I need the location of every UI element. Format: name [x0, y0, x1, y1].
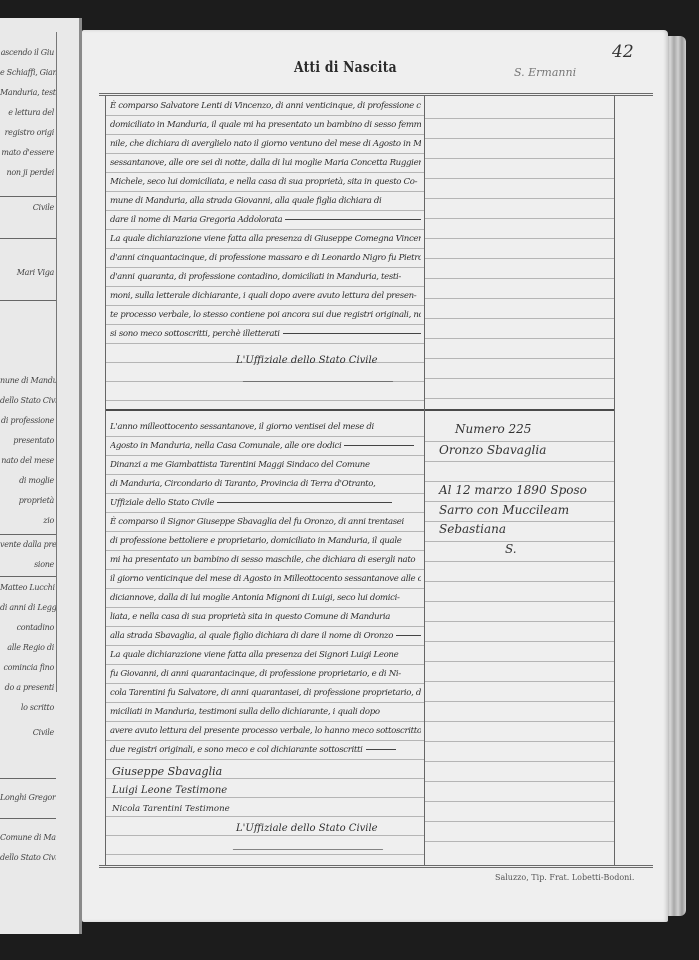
- previous-page-line: di moglie: [0, 476, 56, 490]
- previous-page-rule: [0, 238, 56, 239]
- ruled-line: [425, 258, 614, 259]
- ruled-line: [425, 641, 614, 642]
- act-text-line: sessantanove, alle ore sei di notte, dal…: [110, 154, 421, 173]
- declaration-line: La quale dichiarazione viene fatta alla …: [110, 646, 421, 665]
- ruled-line: [425, 721, 614, 722]
- declaration-line: d'anni cinquantacinque, di professione m…: [110, 249, 421, 268]
- page-header: Atti di Nascita S. Ermanni 42: [82, 30, 668, 85]
- previous-page-rule: [0, 778, 56, 779]
- act-text-line: L'anno milleottocento sessantanove, il g…: [110, 418, 421, 437]
- ruled-line: [425, 541, 614, 542]
- previous-page-rule: [0, 534, 56, 535]
- previous-page-line: Comune di Man: [0, 833, 56, 847]
- act-text-line: dare il nome di Maria Gregoria Addolorat…: [110, 211, 421, 230]
- act-text-line: mune di Manduria, alla strada Giovanni, …: [110, 192, 421, 211]
- previous-page-line: registro origi: [0, 128, 56, 142]
- ruled-line: [425, 218, 614, 219]
- previous-page-line: ascendo il Giu: [0, 48, 56, 62]
- declaration-line: fu Giovanni, di anni quarantacinque, di …: [110, 665, 421, 684]
- act-text-line: È comparso Salvatore Lenti di Vincenzo, …: [110, 97, 421, 116]
- act-text-line: Agosto in Manduria, nella Casa Comunale,…: [110, 437, 421, 456]
- act-number: Numero 225: [455, 418, 531, 440]
- officer-signature: [243, 368, 400, 382]
- ruled-line: [425, 621, 614, 622]
- previous-page-line: Civile: [0, 203, 56, 217]
- annotation-initial: S.: [505, 538, 517, 560]
- ruled-line: [425, 238, 614, 239]
- act-text-line: diciannove, dalla di lui moglie Antonia …: [110, 589, 421, 608]
- ruled-line: [425, 561, 614, 562]
- previous-page-line: nato del mese: [0, 456, 56, 470]
- declaration-line: La quale dichiarazione viene fatta alla …: [110, 230, 421, 249]
- register-table: È comparso Salvatore Lenti di Vincenzo, …: [99, 93, 653, 868]
- declaration-line: avere avuto lettura del presente process…: [110, 722, 421, 741]
- ruled-line: [425, 841, 614, 842]
- marriage-annotation: Sebastiana: [439, 518, 506, 540]
- previous-page-line: Matteo Lucchi: [0, 583, 56, 597]
- previous-page-rule: [0, 300, 56, 301]
- act-text-line: È comparso il Signor Giuseppe Sbavaglia …: [110, 513, 421, 532]
- previous-page-line: presentato: [0, 436, 56, 450]
- printer-imprint: Saluzzo, Tip. Frat. Lobetti-Bodoni.: [495, 873, 634, 882]
- previous-page-line: sione: [0, 560, 56, 574]
- ruled-line: [425, 198, 614, 199]
- ruled-line: [106, 854, 424, 855]
- previous-page-line: do a presenti: [0, 683, 56, 697]
- act-text-line: domiciliato in Manduria, il quale mi ha …: [110, 116, 421, 135]
- ruled-line: [425, 338, 614, 339]
- officer-signature: [233, 836, 390, 850]
- ruled-line: [425, 581, 614, 582]
- ruled-line: [425, 358, 614, 359]
- signature-witness: Nicola Tarentini Testimone: [112, 800, 230, 819]
- previous-page-line: contadino: [0, 623, 56, 637]
- previous-page: ascendo il Giu e Schiaffi, Gian Manduria…: [0, 18, 82, 934]
- entry-divider: [106, 409, 424, 411]
- register-page: Atti di Nascita S. Ermanni 42: [82, 30, 668, 922]
- declaration-line: d'anni quaranta, di professione contadin…: [110, 268, 421, 287]
- ruled-line: [425, 158, 614, 159]
- act-text-line: Uffiziale dello Stato Civile: [110, 494, 421, 513]
- previous-page-line: dello Stato Civile: [0, 396, 56, 410]
- signature-witness: Luigi Leone Testimone: [112, 781, 227, 800]
- child-name-line: dare il nome di Maria Gregoria Addolorat…: [110, 215, 282, 225]
- declaration-line: si sono meco sottoscritti, perchè illett…: [110, 325, 421, 344]
- previous-page-rule: [0, 818, 56, 819]
- previous-page-line: non ji perdei: [0, 168, 56, 182]
- act-text-line: nile, che dichiara di averglielo nato il…: [110, 135, 421, 154]
- ruled-line: [106, 400, 424, 401]
- page-number: 42: [612, 42, 634, 62]
- ruled-line: [425, 178, 614, 179]
- previous-page-line: di anni di Leggo: [0, 603, 56, 617]
- declaration-line: due registri originali, e sono meco e co…: [110, 741, 421, 760]
- declaration-line: moni, sulla letterale dichiarante, i qua…: [110, 287, 421, 306]
- act-text-column: È comparso Salvatore Lenti di Vincenzo, …: [105, 96, 425, 865]
- previous-page-line: Longhi Gregorio: [0, 793, 56, 807]
- ruled-line: [425, 821, 614, 822]
- previous-page-rule: [0, 576, 56, 577]
- act-text-line: il giorno venticinque del mese di Agosto…: [110, 570, 421, 589]
- ruled-line: [425, 318, 614, 319]
- marriage-annotation: Al 12 marzo 1890 Sposo: [439, 479, 587, 501]
- declaration-line: te processo verbale, lo stesso contiene …: [110, 306, 421, 325]
- ruled-line: [425, 701, 614, 702]
- previous-page-line: nune di Mandu: [0, 376, 56, 390]
- act-text-line: mi ha presentato un bambino di sesso mas…: [110, 551, 421, 570]
- act-text-line: alla strada Sbavaglia, al quale figlio d…: [110, 627, 421, 646]
- previous-page-line: di professione: [0, 416, 56, 430]
- declaration-line: cola Tarentini fu Salvatore, di anni qua…: [110, 684, 421, 703]
- ruled-line: [425, 461, 614, 462]
- previous-page-line: vente dalla pre: [0, 540, 56, 554]
- ruled-line: [425, 801, 614, 802]
- previous-page-line: proprietà: [0, 496, 56, 510]
- ruled-line: [425, 378, 614, 379]
- previous-page-rule: [0, 196, 56, 197]
- previous-page-line: mato d'essere: [0, 148, 56, 162]
- previous-page-line: Civile: [0, 728, 56, 742]
- previous-page-line: Mari Viga: [0, 268, 56, 282]
- act-text-line: liata, e nella casa di sua proprietà sit…: [110, 608, 421, 627]
- ruled-line: [425, 298, 614, 299]
- previous-page-line: e lettura del: [0, 108, 56, 122]
- ruled-line: [425, 781, 614, 782]
- ruled-line: [425, 761, 614, 762]
- archive-stamp: S. Ermanni: [514, 66, 576, 79]
- previous-page-line: e Schiaffi, Gian: [0, 68, 56, 82]
- child-name-line: alla strada Sbavaglia, al quale figlio d…: [110, 631, 393, 641]
- ruled-line: [425, 741, 614, 742]
- previous-page-line: alle Regio di: [0, 643, 56, 657]
- declaration-line: miciliati in Manduria, testimoni sulla d…: [110, 703, 421, 722]
- signature-declarant: Giuseppe Sbavaglia: [112, 762, 222, 781]
- ruled-line: [425, 661, 614, 662]
- margin-notes-column: Numero 225 Oronzo Sbavaglia Al 12 marzo …: [425, 96, 615, 865]
- ruled-line: [425, 138, 614, 139]
- act-text-line: Dinanzi a me Giambattista Tarentini Magg…: [110, 456, 421, 475]
- act-text-line: di Manduria, Circondario di Taranto, Pro…: [110, 475, 421, 494]
- previous-page-line: dello Stato Civile: [0, 853, 56, 867]
- previous-page-line: Manduria, testi: [0, 88, 56, 102]
- ruled-line: [425, 681, 614, 682]
- previous-page-line: lo scritto: [0, 703, 56, 717]
- ruled-line: [425, 398, 614, 399]
- act-text-line: Michele, seco lui domiciliata, e nella c…: [110, 173, 421, 192]
- act-text-line: di professione bettoliere e proprietario…: [110, 532, 421, 551]
- previous-page-line: comincia fino: [0, 663, 56, 677]
- subject-name: Oronzo Sbavaglia: [439, 439, 546, 461]
- entry-divider: [425, 409, 614, 411]
- ruled-line: [425, 601, 614, 602]
- ruled-line: [425, 118, 614, 119]
- page-title: Atti di Nascita: [294, 58, 397, 76]
- ruled-line: [425, 278, 614, 279]
- previous-page-line: zio: [0, 516, 56, 530]
